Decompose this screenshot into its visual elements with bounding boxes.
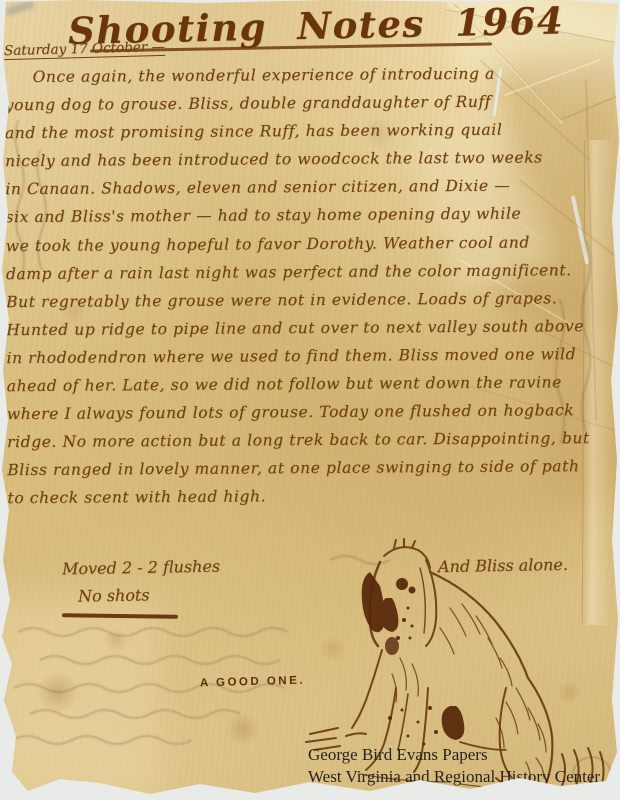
stain bbox=[556, 680, 582, 704]
watermark-line-2: West Virginia and Regional History Cente… bbox=[308, 766, 600, 788]
stain bbox=[103, 628, 129, 652]
watermark-line-1: George Bird Evans Papers bbox=[308, 744, 600, 766]
sketch-caption: A GOOD ONE. bbox=[200, 675, 305, 690]
manuscript-line: in Canaan. Shadows, eleven and senior ci… bbox=[5, 171, 617, 203]
stain bbox=[225, 712, 261, 746]
manuscript-line: in rhododendron where we used to find th… bbox=[6, 340, 618, 372]
manuscript-line: But regretably the grouse were not in ev… bbox=[6, 284, 618, 316]
stain bbox=[35, 672, 81, 712]
archive-watermark: George Bird Evans Papers West Virginia a… bbox=[308, 744, 600, 787]
manuscript-line: where I always found lots of grouse. Tod… bbox=[7, 396, 619, 428]
manuscript-line: ahead of her. Late, so we did not follow… bbox=[7, 368, 619, 400]
manuscript-line: Once again, the wonderful experience of … bbox=[4, 59, 616, 91]
manuscript-line: Bliss ranged in lovely manner, at one pl… bbox=[7, 452, 619, 484]
manuscript-line: damp after a rain last night was perfect… bbox=[6, 256, 618, 288]
manuscript-line: Hunted up ridge to pipe line and cut ove… bbox=[6, 312, 618, 344]
manuscript-line: to check scent with head high. bbox=[7, 480, 619, 512]
manuscript-line: nicely and has been introduced to woodco… bbox=[5, 143, 617, 175]
date-heading: Saturday 17 October — bbox=[4, 39, 165, 60]
manuscript-line: ridge. No more action but a long trek ba… bbox=[7, 424, 619, 456]
manuscript-paper: Shooting Notes 1964 Saturday 17 October … bbox=[0, 0, 620, 797]
stain bbox=[318, 636, 348, 662]
pencil-smudge bbox=[5, 0, 34, 16]
manuscript-line: we took the young hopeful to favor Dorot… bbox=[6, 227, 618, 259]
tally-underline bbox=[62, 613, 178, 618]
tally-moved-flushes: Moved 2 - 2 flushes bbox=[62, 557, 220, 579]
tally-no-shots: No shots bbox=[78, 585, 150, 605]
crumple-highlight bbox=[0, 600, 160, 800]
manuscript-line: young dog to grouse. Bliss, double grand… bbox=[5, 87, 617, 119]
manuscript-line: and the most promising since Ruff, has b… bbox=[5, 115, 617, 147]
scanned-manuscript-page: { "colors": { "paper": "#d8bc7e", "ink":… bbox=[0, 0, 620, 800]
manuscript-body: Once again, the wonderful experience of … bbox=[4, 59, 619, 513]
manuscript-line: six and Bliss's mother — had to stay hom… bbox=[5, 199, 617, 231]
side-note: And Bliss alone. bbox=[438, 555, 568, 576]
